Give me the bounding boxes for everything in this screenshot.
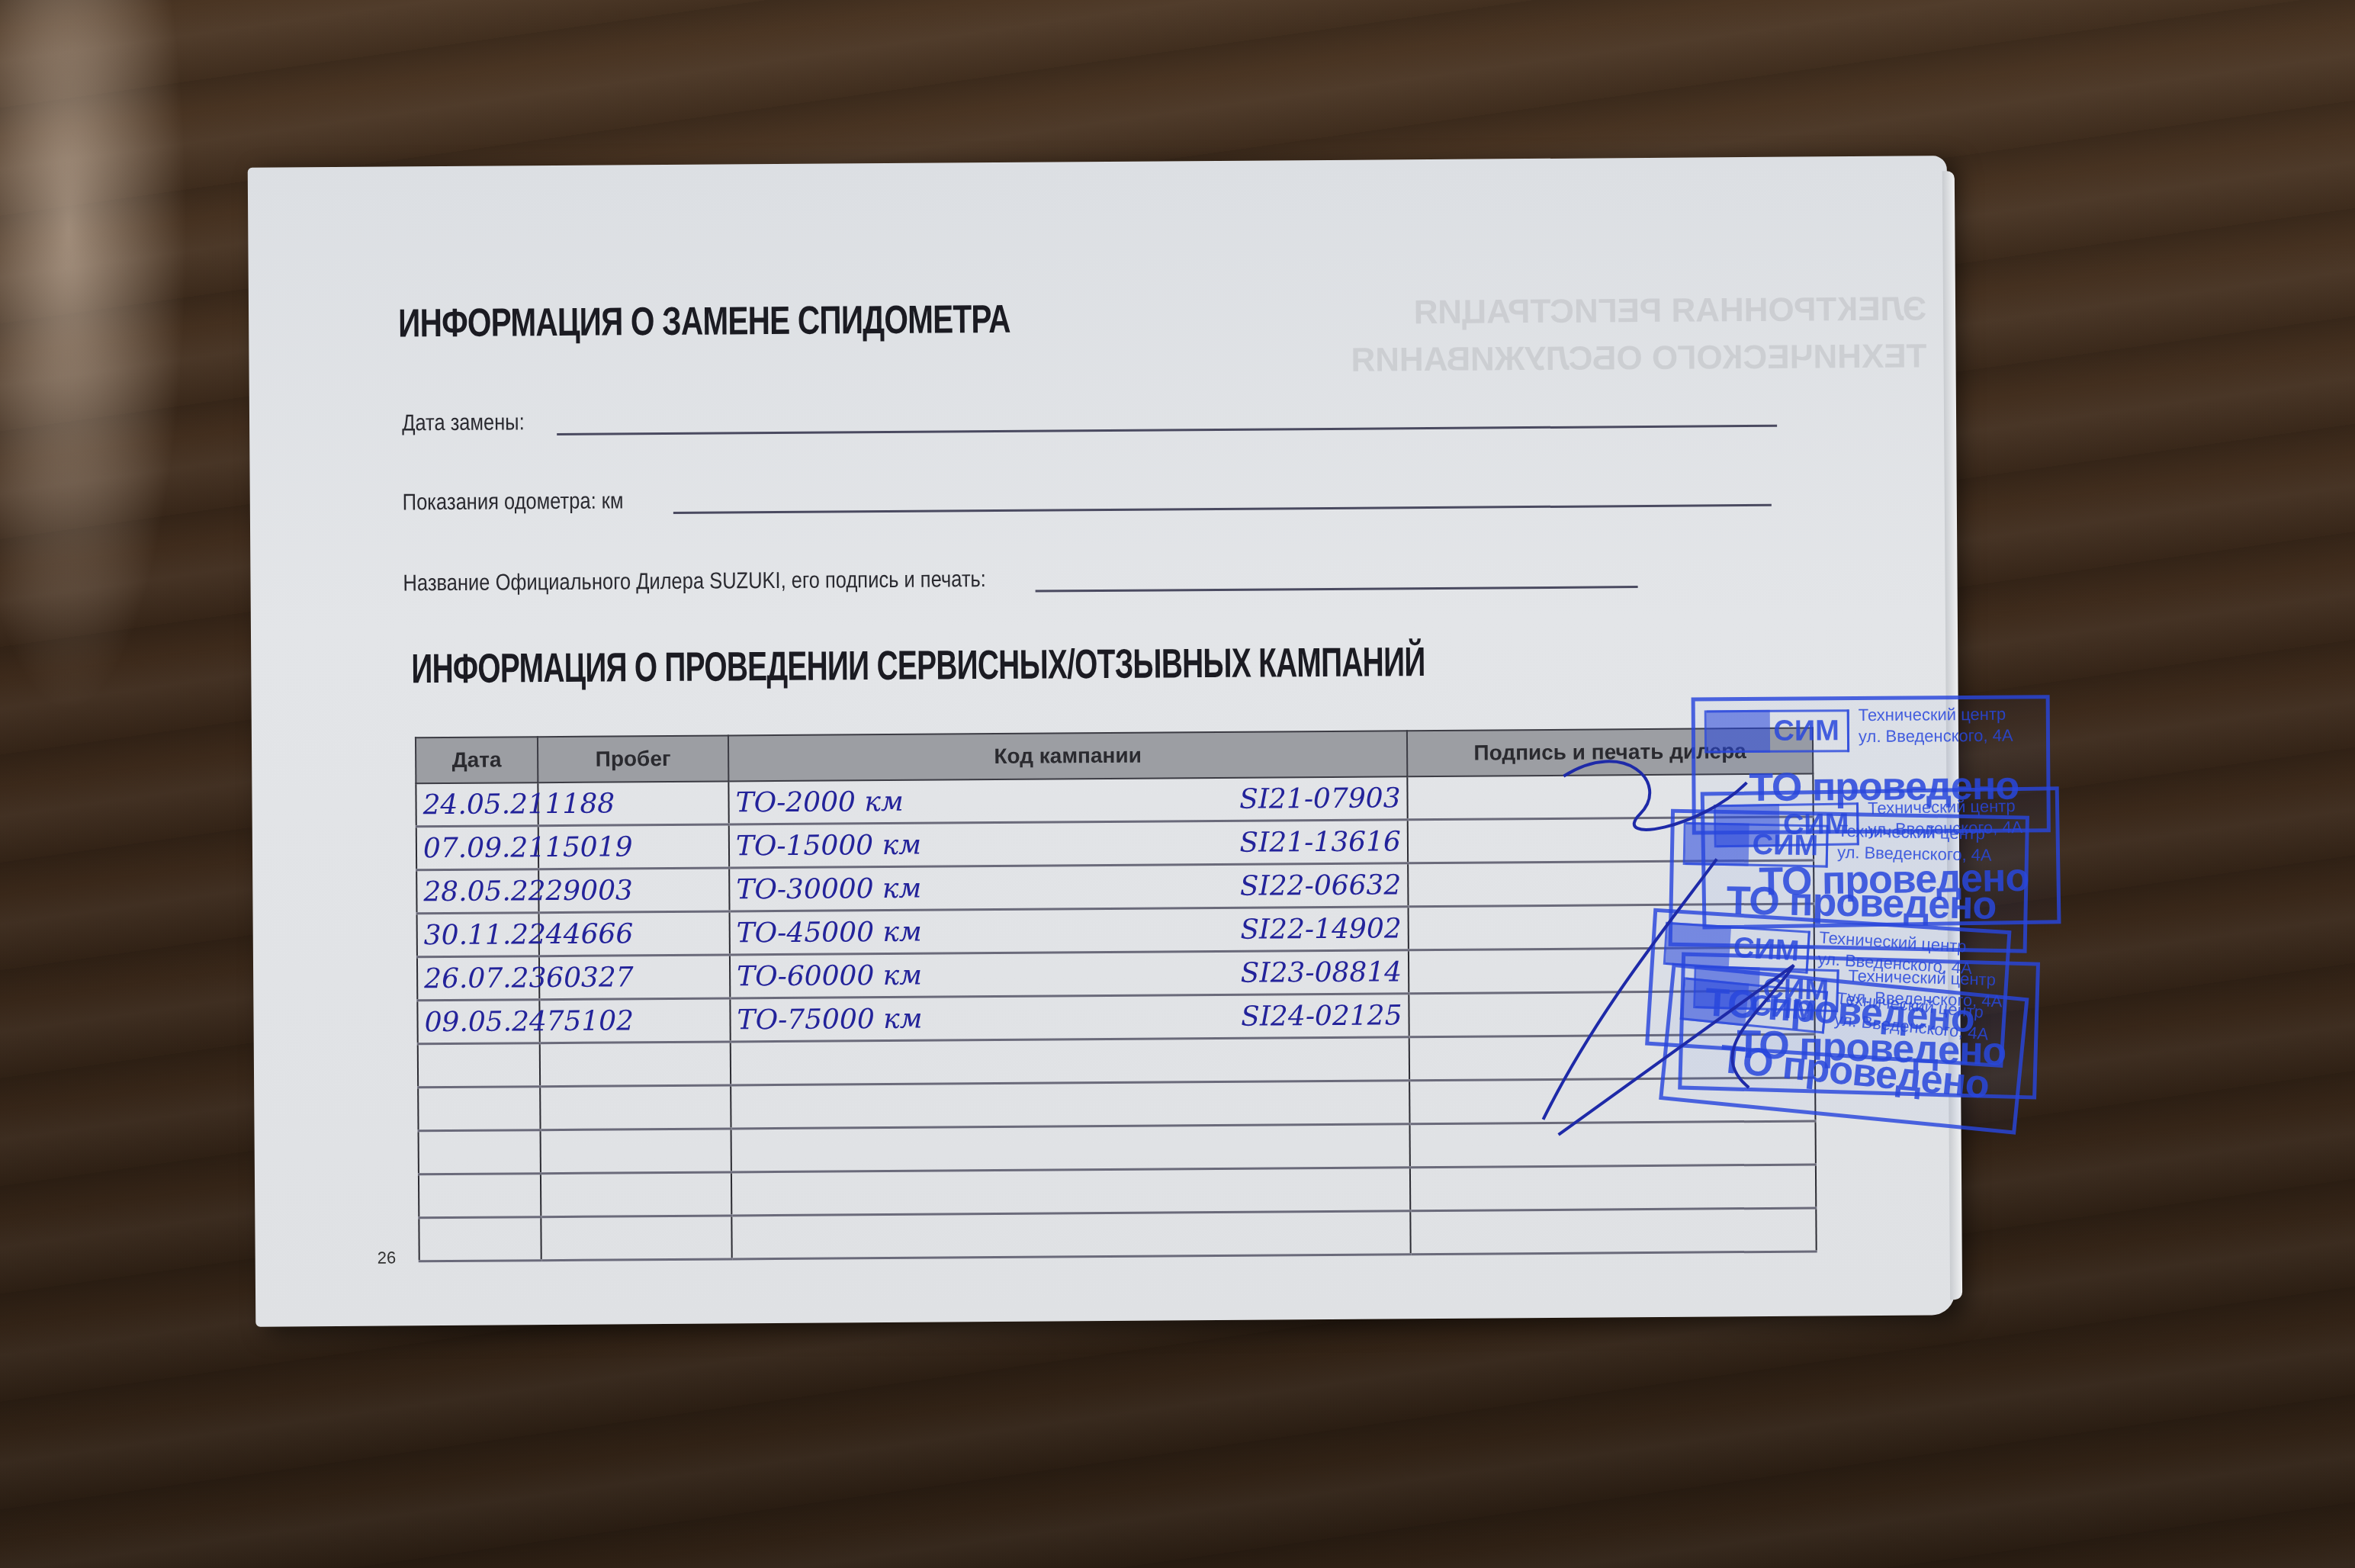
campaign-code: SI22-14902 xyxy=(1240,913,1402,945)
service-label: ТО-60000 км xyxy=(737,959,922,992)
cell-campaign-code[interactable]: ТО-45000 кмSI22-14902 xyxy=(730,907,1409,955)
service-label: ТО-15000 км xyxy=(736,829,921,862)
cell-mileage[interactable]: 44666 xyxy=(539,911,730,956)
stamp-address: Технический центрул. Введенского, 4А xyxy=(1859,704,2013,747)
bleed-through-text: ЭЛЕКТРОННАЯ РЕГИСТРАЦИЯТЕХНИЧЕСКОГО ОБСЛ… xyxy=(1469,285,1927,383)
stamp-address: Технический центрул. Введенского, 4А xyxy=(1868,795,2023,840)
cell-date[interactable] xyxy=(419,1174,541,1218)
cell-mileage[interactable] xyxy=(541,1129,731,1174)
cell-campaign-code[interactable] xyxy=(731,1211,1410,1259)
campaign-code: SI21-07903 xyxy=(1239,782,1401,815)
table-row xyxy=(419,1208,1816,1261)
cell-campaign-code[interactable]: ТО-15000 кмSI21-13616 xyxy=(729,820,1408,868)
campaign-section-title: ИНФОРМАЦИЯ О ПРОВЕДЕНИИ СЕРВИСНЫХ/ОТЗЫВН… xyxy=(411,638,1425,692)
service-label: ТО-75000 км xyxy=(737,1003,922,1036)
column-header-code: Код кампании xyxy=(728,731,1407,781)
cell-signature[interactable] xyxy=(1409,1034,1815,1081)
cell-signature[interactable] xyxy=(1409,947,1814,994)
cell-date[interactable]: 30.11.22 xyxy=(417,913,539,957)
cell-signature[interactable] xyxy=(1408,817,1814,863)
cell-date[interactable] xyxy=(418,1043,540,1088)
cell-date[interactable]: 07.09.21 xyxy=(416,826,538,870)
service-label: ТО-45000 км xyxy=(737,916,922,949)
campaign-code: SI22-06632 xyxy=(1240,869,1402,901)
cell-campaign-code[interactable] xyxy=(731,1081,1409,1129)
replacement-date-line[interactable] xyxy=(557,424,1777,435)
cell-date[interactable] xyxy=(418,1087,540,1131)
page-number: 26 xyxy=(378,1248,397,1268)
cell-signature[interactable] xyxy=(1410,1121,1816,1168)
cell-date[interactable]: 09.05.24 xyxy=(417,1000,539,1044)
cell-campaign-code[interactable] xyxy=(731,1037,1409,1085)
cell-campaign-code[interactable]: ТО-60000 кмSI23-08814 xyxy=(730,950,1409,998)
cell-date[interactable]: 24.05.21 xyxy=(416,782,538,827)
cell-signature[interactable] xyxy=(1410,1208,1816,1255)
cell-signature[interactable] xyxy=(1407,773,1813,819)
cell-mileage[interactable] xyxy=(540,1085,731,1130)
campaign-code: SI21-13616 xyxy=(1239,826,1401,858)
cell-mileage[interactable] xyxy=(540,1042,731,1087)
cell-campaign-code[interactable] xyxy=(731,1124,1410,1172)
odometer-line[interactable] xyxy=(673,503,1772,514)
cell-date[interactable] xyxy=(419,1217,541,1261)
cell-campaign-code[interactable] xyxy=(731,1168,1410,1216)
cell-date[interactable]: 26.07.23 xyxy=(417,956,539,1001)
stamp-address: Технический центрул. Введенского, 4А xyxy=(1833,988,1991,1046)
service-book-page: ЭЛЕКТРОННАЯ РЕГИСТРАЦИЯТЕХНИЧЕСКОГО ОБСЛ… xyxy=(248,156,1955,1327)
cell-mileage[interactable]: 60327 xyxy=(539,955,730,1000)
page-edge xyxy=(1942,171,1962,1300)
campaign-code: SI24-02125 xyxy=(1241,1000,1402,1032)
cell-mileage[interactable]: 75102 xyxy=(539,998,730,1043)
column-header-mileage: Пробег xyxy=(538,735,728,782)
speedometer-section-title: ИНФОРМАЦИЯ О ЗАМЕНЕ СПИДОМЕТРА xyxy=(398,297,1010,347)
cell-mileage[interactable]: 29003 xyxy=(538,868,729,913)
column-header-date: Дата xyxy=(416,737,538,783)
dealer-field[interactable]: Название Официального Дилера SUZUKI, его… xyxy=(403,562,1637,596)
cell-signature[interactable] xyxy=(1409,904,1814,950)
service-label: ТО-2000 км xyxy=(735,786,903,818)
column-header-signature: Подпись и печать дилера xyxy=(1407,728,1813,776)
cell-mileage[interactable]: 1188 xyxy=(538,781,728,825)
service-label: ТО-30000 км xyxy=(736,872,921,905)
odometer-field[interactable]: Показания одометра: км xyxy=(403,480,1772,516)
cell-campaign-code[interactable]: ТО-30000 кмSI22-06632 xyxy=(729,863,1408,911)
cell-signature[interactable] xyxy=(1409,991,1814,1037)
cell-signature[interactable] xyxy=(1410,1165,1816,1211)
cell-campaign-code[interactable]: ТО-75000 кмSI24-02125 xyxy=(730,994,1409,1042)
campaign-code: SI23-08814 xyxy=(1241,956,1402,988)
replacement-date-field[interactable]: Дата замены: xyxy=(402,401,1777,437)
cell-mileage[interactable] xyxy=(541,1216,731,1261)
campaign-table: Дата Пробег Код кампании Подпись и печат… xyxy=(415,727,1817,1262)
stamp-address: Технический центрул. Введенского, 4А xyxy=(1847,966,2003,1013)
cell-campaign-code[interactable]: ТО-2000 кмSI21-07903 xyxy=(728,776,1407,824)
cell-mileage[interactable] xyxy=(541,1172,731,1217)
stamp-address: Технический центрул. Введенского, 4А xyxy=(1837,821,1993,866)
cell-date[interactable]: 28.05.22 xyxy=(416,869,538,914)
cell-signature[interactable] xyxy=(1409,1078,1815,1124)
cell-date[interactable] xyxy=(419,1130,541,1174)
cell-signature[interactable] xyxy=(1408,860,1814,907)
dealer-line[interactable] xyxy=(1036,585,1638,593)
cell-mileage[interactable]: 15019 xyxy=(538,824,729,869)
